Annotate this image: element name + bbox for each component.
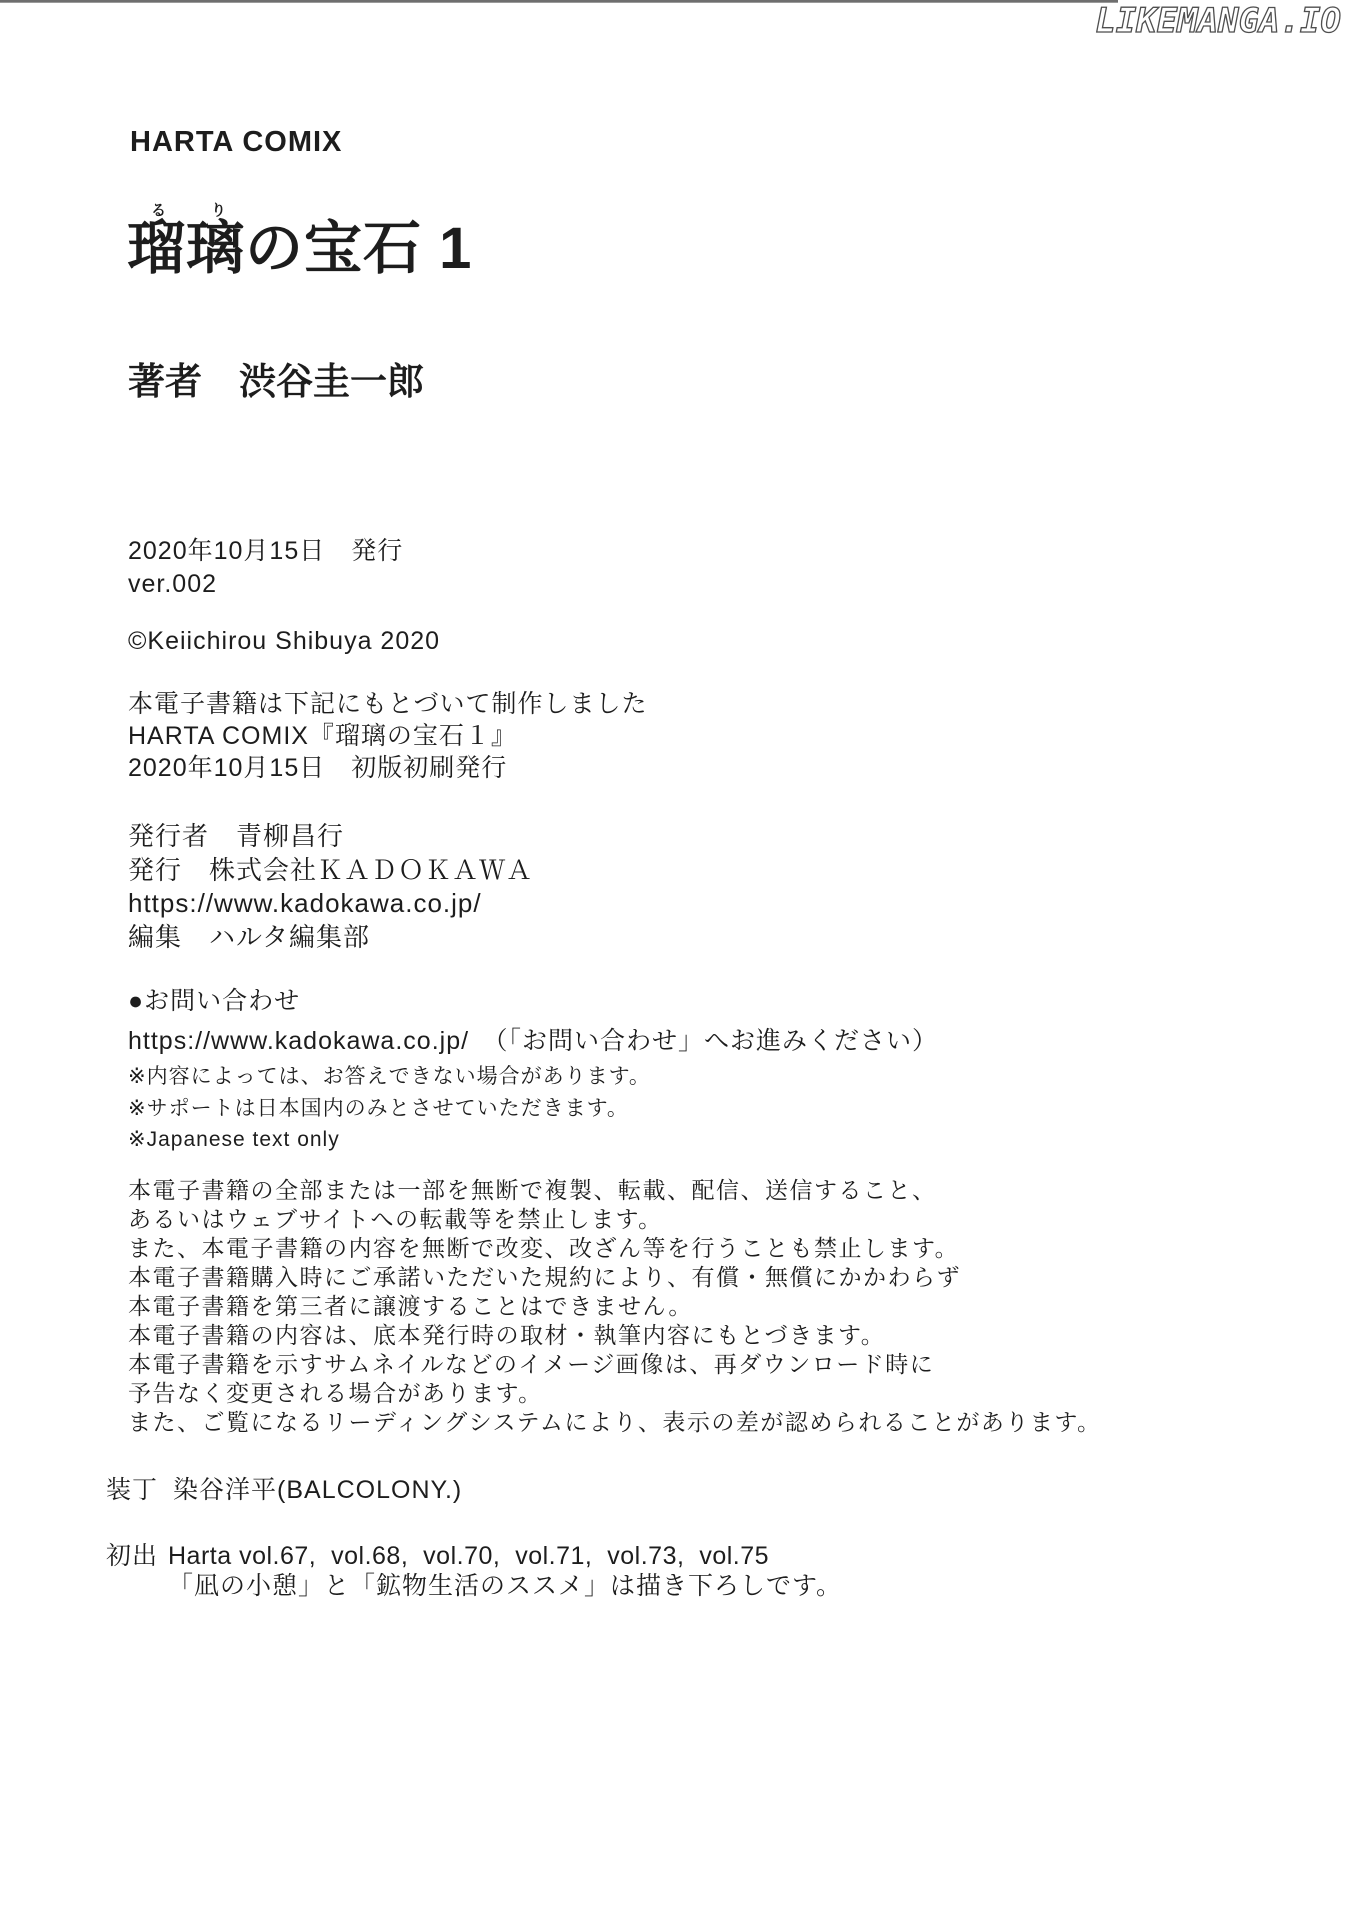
version-line: ver.002	[128, 572, 217, 597]
first-appearance-note: 「凪の小憩」と「鉱物生活のススメ」は描き下ろしです。	[168, 1574, 842, 1599]
divider-rule	[0, 0, 1118, 3]
copyright-line: ©Keiichirou Shibuya 2020	[128, 629, 440, 654]
legal-line: また、本電子書籍の内容を無断で改変、改ざん等を行うことも禁止します。	[128, 1234, 1102, 1263]
imprint-label: HARTA COMIX	[130, 128, 342, 157]
first-appearance-label: 初出	[106, 1544, 158, 1569]
source-note-line: 2020年10月15日 初版初刷発行	[128, 752, 648, 784]
legal-line: 本電子書籍の内容は、底本発行時の取材・執筆内容にもとづきます。	[128, 1321, 1102, 1350]
legal-line: 予告なく変更される場合があります。	[128, 1379, 1102, 1408]
source-note-line: HARTA COMIX『瑠璃の宝石１』	[128, 720, 648, 752]
legal-line: 本電子書籍購入時にご承諾いただいた規約により、有償・無償にかかわらず	[128, 1263, 1102, 1292]
source-note-block: 本電子書籍は下記にもとづいて制作しました HARTA COMIX『瑠璃の宝石１』…	[128, 688, 648, 784]
contact-note-line: ※内容によっては、お答えできない場合があります。	[128, 1061, 651, 1093]
book-title: 瑠璃の宝石 1	[127, 220, 472, 278]
cover-design-label: 装丁	[106, 1476, 158, 1504]
publisher-block: 発行者 青柳昌行 発行 株式会社ＫＡＤＯＫＡＷＡ https://www.kad…	[128, 820, 533, 954]
issue-date-line: 2020年10月15日 発行	[128, 539, 403, 564]
author-name: 渋谷圭一郎	[239, 361, 424, 402]
author-line: 著者渋谷圭一郎	[128, 363, 424, 400]
colophon-page: { "watermark": { "text": "LIKEMANGA.IO" …	[0, 0, 1350, 1920]
site-watermark: LIKEMANGA.IO	[1095, 4, 1341, 38]
publisher-person-line: 発行者 青柳昌行	[128, 820, 533, 854]
contact-heading: ●お問い合わせ	[128, 989, 300, 1014]
cover-design-value: 染谷洋平(BALCOLONY.)	[173, 1476, 462, 1504]
source-note-line: 本電子書籍は下記にもとづいて制作しました	[128, 688, 648, 720]
legal-notice-block: 本電子書籍の全部または一部を無断で複製、転載、配信、送信すること、 あるいはウェ…	[128, 1176, 1102, 1437]
cover-design-line: 装丁染谷洋平(BALCOLONY.)	[106, 1478, 462, 1503]
contact-note-line: ※Japanese text only	[128, 1124, 651, 1156]
legal-line: また、ご覧になるリーディングシステムにより、表示の差が認められることがあります。	[128, 1408, 1102, 1437]
editorial-dept-line: 編集 ハルタ編集部	[128, 921, 533, 955]
contact-url-line: https://www.kadokawa.co.jp/ （「お問い合わせ」へお進…	[128, 1029, 938, 1054]
contact-notes-block: ※内容によっては、お答えできない場合があります。 ※サポートは日本国内のみとさせ…	[128, 1061, 651, 1156]
contact-note-line: ※サポートは日本国内のみとさせていただきます。	[128, 1093, 651, 1125]
legal-line: 本電子書籍を示すサムネイルなどのイメージ画像は、再ダウンロード時に	[128, 1350, 1102, 1379]
legal-line: 本電子書籍を第三者に譲渡することはできません。	[128, 1292, 1102, 1321]
first-appearance-volumes: Harta vol.67, vol.68, vol.70, vol.71, vo…	[168, 1544, 769, 1569]
legal-line: あるいはウェブサイトへの転載等を禁止します。	[128, 1205, 1102, 1234]
publisher-company-line: 発行 株式会社ＫＡＤＯＫＡＷＡ	[128, 854, 533, 888]
publisher-url-line: https://www.kadokawa.co.jp/	[128, 887, 533, 921]
legal-line: 本電子書籍の全部または一部を無断で複製、転載、配信、送信すること、	[128, 1176, 1102, 1205]
author-label: 著者	[128, 361, 202, 402]
